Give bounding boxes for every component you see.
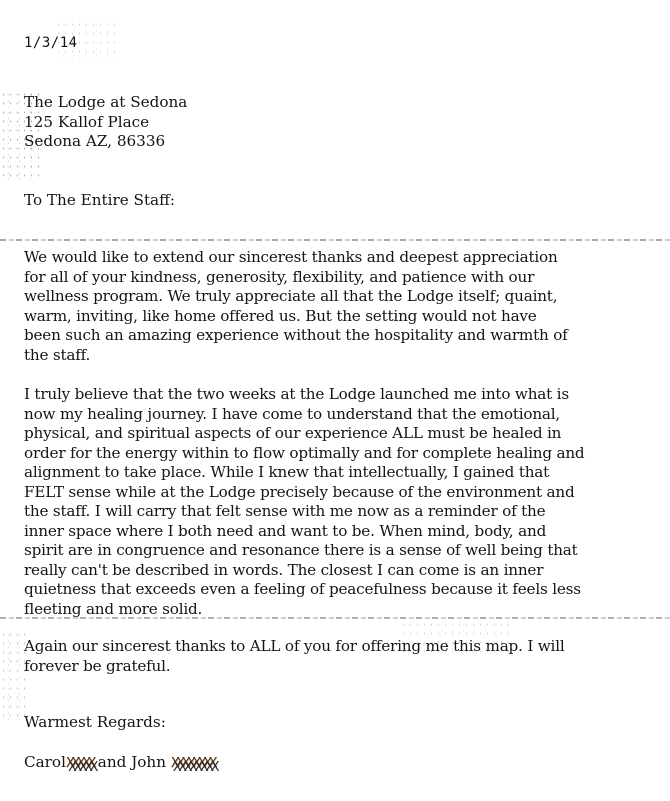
paragraph-line: FELT sense while at the Lodge precisely … [24, 483, 664, 503]
paragraph-closing-thanks: Again our sincerest thanks to ALL of you… [24, 637, 664, 676]
signer-first-name-1: Carol [24, 753, 66, 771]
redacted-surname-2: XXXXXXXXXXXXXXXXXXXXXXXX [171, 756, 214, 771]
paragraph-line: for all of your kindness, generosity, fl… [24, 268, 664, 288]
recipient-street: 125 Kallof Place [24, 113, 149, 131]
paragraph-line: I truly believe that the two weeks at th… [24, 385, 664, 405]
paragraph-line: quietness that exceeds even a feeling of… [24, 580, 664, 600]
signature: CarolXXXXXXXXXXXXXXX and John XXXXXXXXXX… [24, 753, 214, 771]
recipient-name: The Lodge at Sedona [24, 93, 187, 111]
paragraph-line: order for the energy within to flow opti… [24, 444, 664, 464]
paragraph-line: been such an amazing experience without … [24, 326, 664, 346]
paragraph-line: now my healing journey. I have come to u… [24, 405, 664, 425]
paragraph-line: the staff. I will carry that felt sense … [24, 502, 664, 522]
paragraph-line: We would like to extend our sincerest th… [24, 248, 664, 268]
recipient-city: Sedona AZ, 86336 [24, 132, 165, 150]
letter-date: 1/3/14 [24, 35, 78, 51]
paragraph-line: spirit are in congruence and resonance t… [24, 541, 664, 561]
paragraph-line: inner space where I both need and want t… [24, 522, 664, 542]
paragraph-line: wellness program. We truly appreciate al… [24, 287, 664, 307]
closing: Warmest Regards: [24, 713, 166, 731]
paragraph-healing: I truly believe that the two weeks at th… [24, 385, 664, 619]
paragraph-line: warm, inviting, like home offered us. Bu… [24, 307, 664, 327]
signer-first-name-2: John [131, 753, 166, 771]
redacted-surname-1: XXXXXXXXXXXXXXX [66, 756, 93, 771]
paragraph-line: forever be grateful. [24, 657, 664, 677]
paragraph-line: physical, and spiritual aspects of our e… [24, 424, 664, 444]
scan-divider [0, 617, 670, 619]
paragraph-line: really can't be described in words. The … [24, 561, 664, 581]
paragraph-line: the staff. [24, 346, 664, 366]
paragraph-thanks: We would like to extend our sincerest th… [24, 248, 664, 365]
paragraph-line: Again our sincerest thanks to ALL of you… [24, 637, 664, 657]
scan-divider [0, 239, 670, 241]
signature-conjunction: and [98, 753, 127, 771]
paragraph-line: alignment to take place. While I knew th… [24, 463, 664, 483]
salutation: To The Entire Staff: [24, 191, 175, 209]
